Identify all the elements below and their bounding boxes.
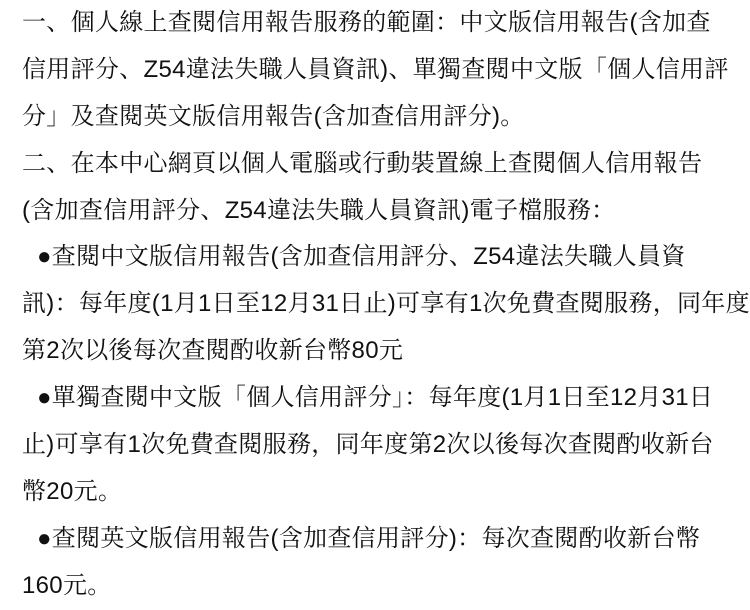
- doc-line-11: 幣20元。: [22, 469, 750, 516]
- doc-line-3: 分」及查閱英文版信用報告(含加查信用評分)。: [22, 94, 750, 141]
- doc-line-9-bullet-item-credit-score: ●單獨查閱中文版「個人信用評分」：每年度(1月1日至12月31日: [22, 375, 750, 422]
- doc-line-13: 160元。: [22, 563, 750, 610]
- doc-line-6-bullet-item-chinese-report: ●查閱中文版信用報告(含加查信用評分、Z54違法失職人員資: [22, 234, 750, 281]
- doc-line-12-bullet-item-english-report: ●查閱英文版信用報告(含加查信用評分)：每次查閱酌收新台幣: [22, 516, 750, 563]
- doc-line-5: (含加查信用評分、Z54違法失職人員資訊)電子檔服務：: [22, 188, 750, 235]
- credit-report-service-text: 一、個人線上查閱信用報告服務的範圍：中文版信用報告(含加查 信用評分、Z54違法…: [0, 0, 750, 610]
- doc-line-4: 二、在本中心網頁以個人電腦或行動裝置線上查閱個人信用報告: [22, 141, 750, 188]
- doc-line-1: 一、個人線上查閱信用報告服務的範圍：中文版信用報告(含加查: [22, 0, 750, 47]
- doc-line-2: 信用評分、Z54違法失職人員資訊)、單獨查閱中文版「個人信用評: [22, 47, 750, 94]
- doc-line-7: 訊)：每年度(1月1日至12月31日止)可享有1次免費查閱服務，同年度: [22, 281, 750, 328]
- doc-line-8: 第2次以後每次查閱酌收新台幣80元: [22, 328, 750, 375]
- doc-line-10: 止)可享有1次免費查閱服務，同年度第2次以後每次查閱酌收新台: [22, 422, 750, 469]
